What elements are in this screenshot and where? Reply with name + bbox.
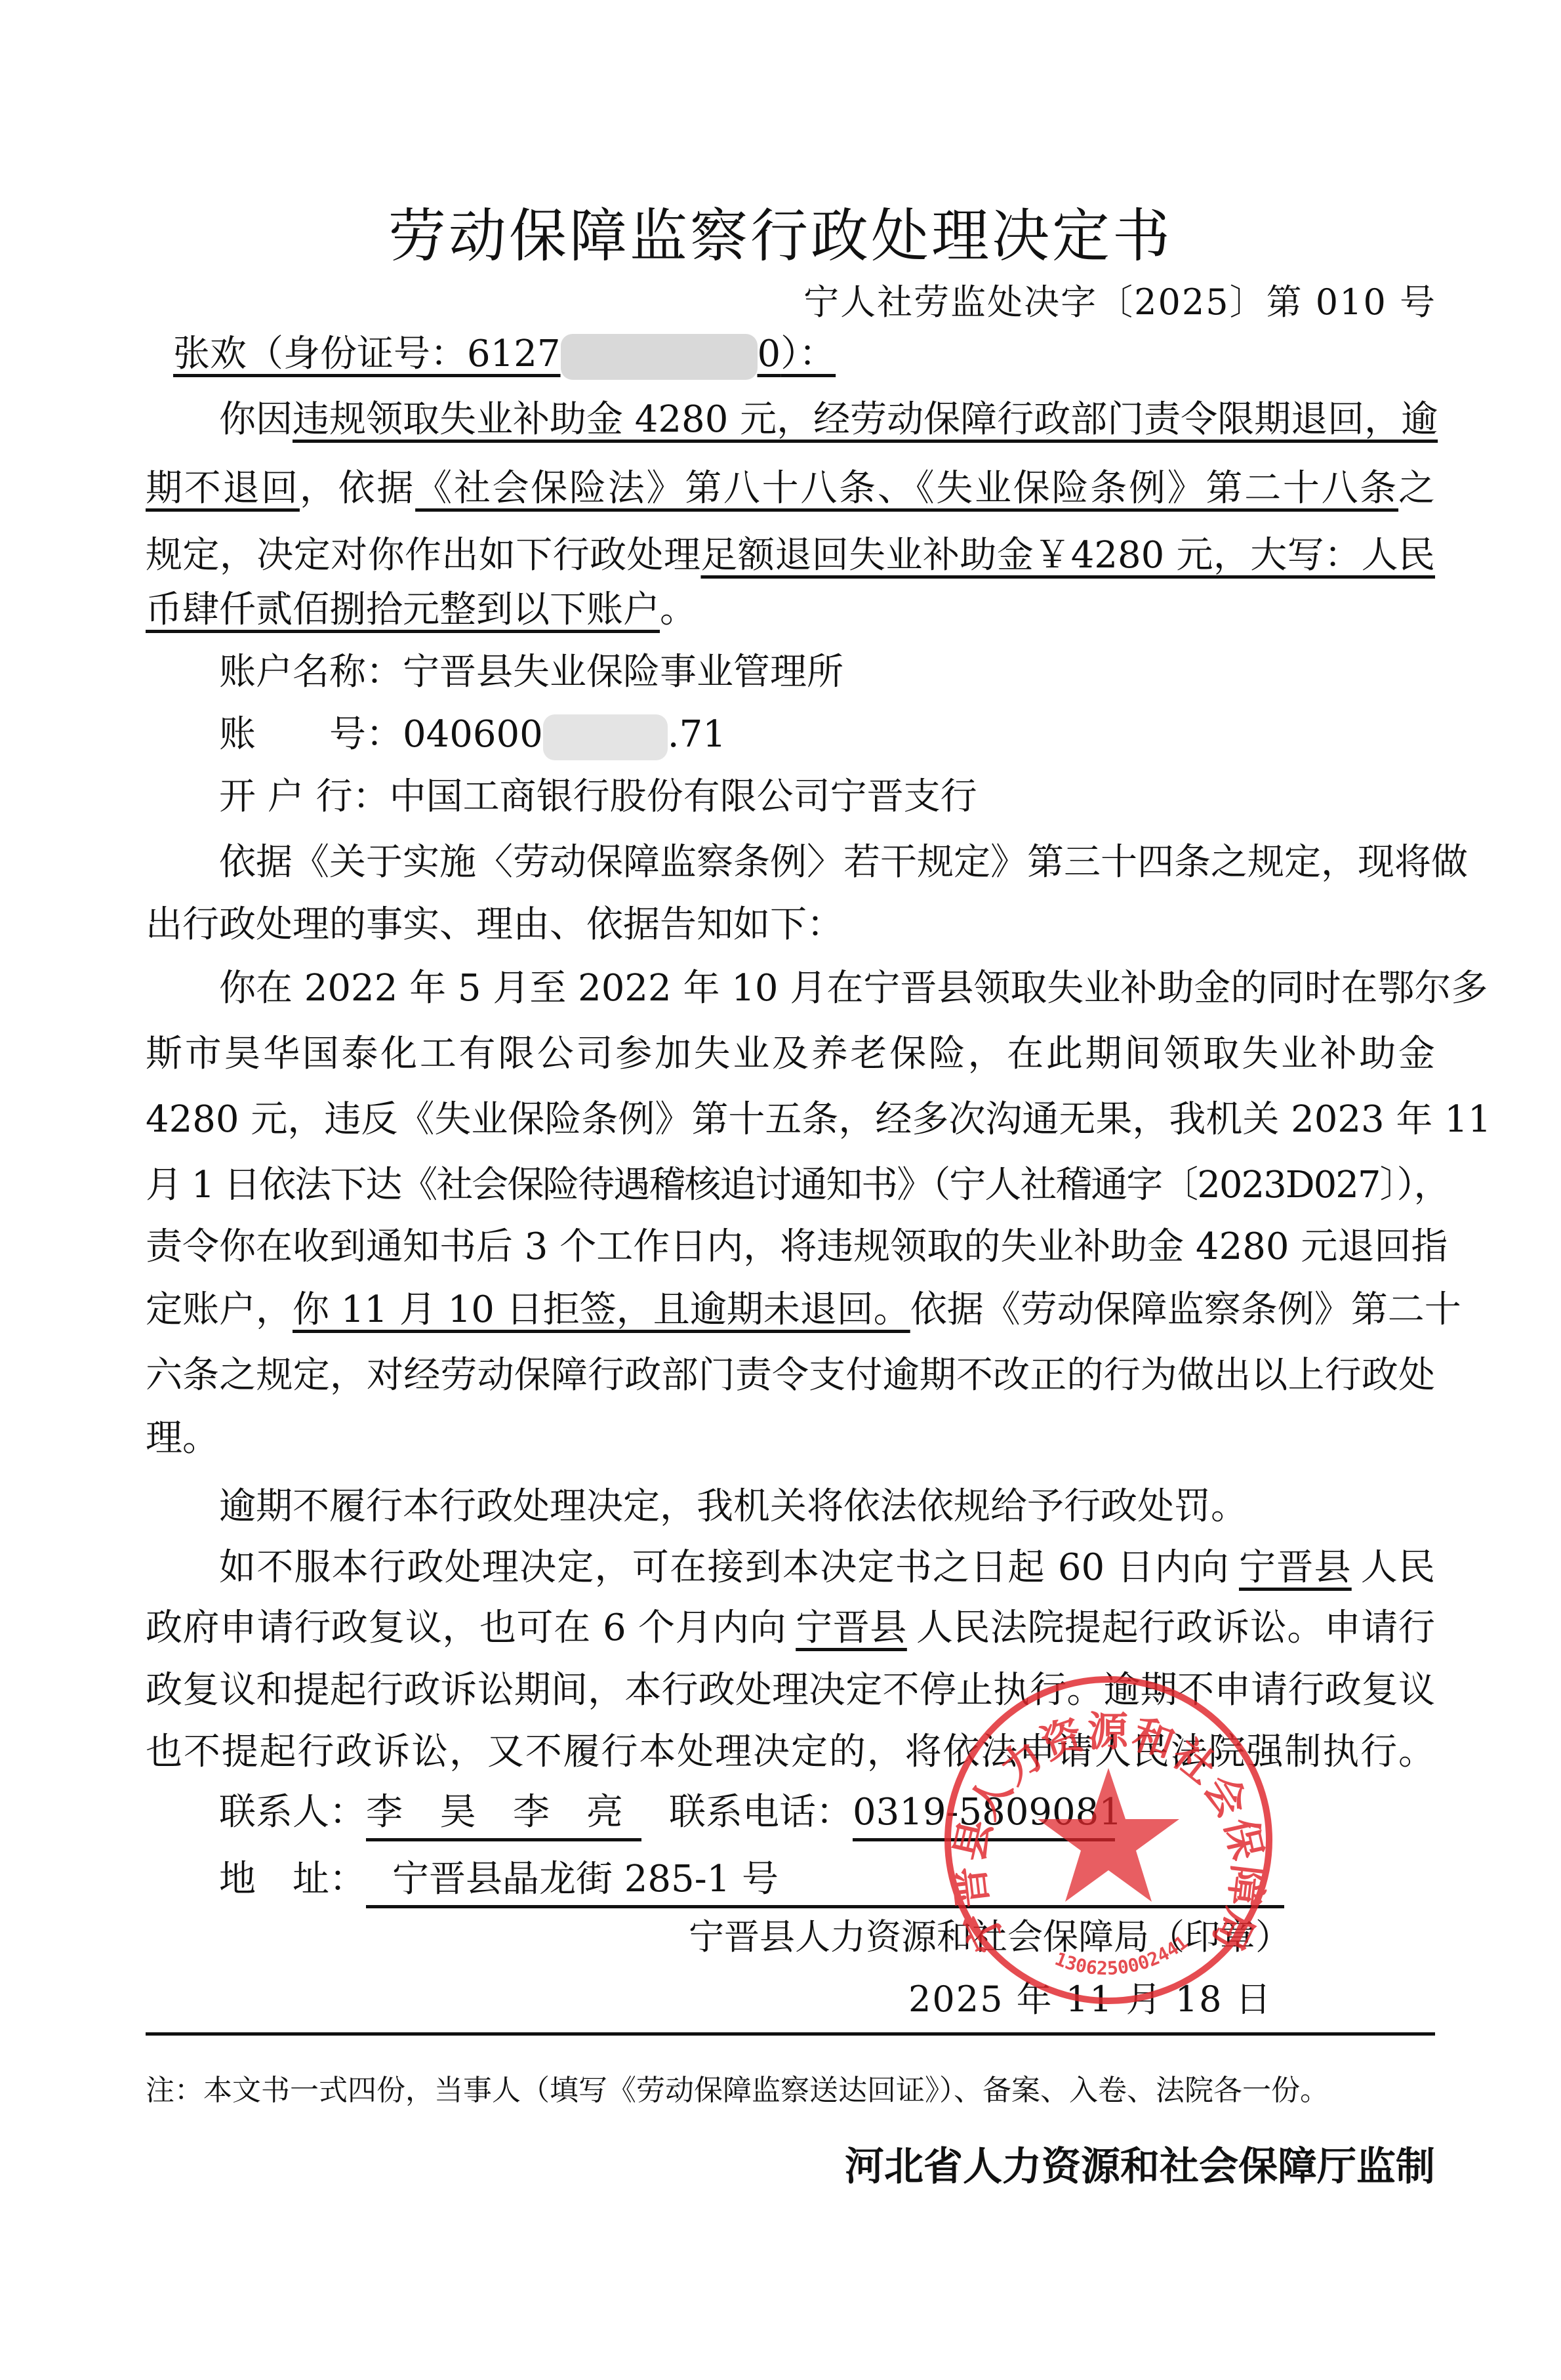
footer-divider [146,2032,1435,2036]
para3-line1: 你在 2022 年 5 月至 2022 年 10 月在宁晋县领取失业补助金的同时… [146,966,1435,1012]
address-value: 宁晋县晶龙街 285-1 号 [366,1858,779,1900]
contact-phone-label: 联系电话： [669,1790,853,1836]
para2-line1: 依据《关于实施〈劳动保障监察条例〉若干规定》第三十四条之规定，现将做 [146,840,1435,886]
account-name-value: 宁晋县失业保险事业管理所 [403,651,843,693]
para3-line6-tail: 依据《劳动保障监察条例》第二十 [910,1288,1461,1331]
address-label: 地 址： [219,1857,366,1902]
bank-row: 开 户 行：中国工商银行股份有限公司宁晋支行 [146,774,1509,820]
contact-person-value: 李 昊 李 亮 [366,1790,641,1841]
para2-line2: 出行政处理的事实、理由、依据告知如下： [146,902,1435,948]
addressee-name: 张欢 [146,333,247,375]
para5-line2-lead: 政府申请行政复议，也可在 6 个月内向 [146,1607,786,1649]
address-row: 地 址：宁晋县晶龙街 285-1 号 [146,1857,1509,1908]
para1-refund-amount: 足额退回失业补助金￥4280 元，大写：人民 [700,534,1435,577]
id-redaction [561,334,758,380]
account-number-prefix: 040600 [403,713,543,756]
id-suffix: 0 [758,333,781,375]
para1-decision-lead: 规定，决定对你作出如下行政处理 [146,534,700,577]
id-label: （身份证号： [247,333,467,375]
para5-line1-tail: 人民 [1361,1546,1435,1589]
para1-line1: 你因违规领取失业补助金 4280 元，经劳动保障行政部门责令限期退回，逾 [146,397,1435,443]
para3-refusal: 你 11 月 10 日拒签，且逾期未退回。 [293,1288,910,1331]
para5-line4: 也不提起行政诉讼，又不履行本处理决定的，将依法申请人民法院强制执行。 [146,1729,1435,1775]
para1-refund-uppercase: 币肆仟贰佰捌拾元整到以下账户 [146,588,660,631]
document-number: 宁人社劳监处决字〔2025〕第 010 号 [803,274,1436,325]
para1-legal-basis: 《社会保险法》第八十八条、《失业保险条例》第二十八条 [415,467,1398,510]
para3-line5: 责令你在收到通知书后 3 个工作日内，将违规领取的失业补助金 4280 元退回指 [146,1224,1435,1270]
para1-line2: 期不退回，依据《社会保险法》第八十八条、《失业保险条例》第二十八条之 [146,466,1435,512]
issue-date: 2025 年 11 月 18 日 [908,1971,1272,2022]
para3-line2: 斯市昊华国泰化工有限公司参加失业及养老保险，在此期间领取失业补助金 [146,1031,1435,1077]
para3-line7: 六条之规定，对经劳动保障行政部门责令支付逾期不改正的行为做出以上行政处 [146,1353,1435,1399]
para3-line6: 定账户，你 11 月 10 日拒签，且逾期未退回。依据《劳动保障监察条例》第二十 [146,1287,1435,1333]
para1-line3: 规定，决定对你作出如下行政处理足额退回失业补助金￥4280 元，大写：人民 [146,533,1435,579]
para1-line4: 币肆仟贰佰捌拾元整到以下账户。 [146,587,1435,633]
para5-line1: 如不服本行政处理决定，可在接到本决定书之日起 60 日内向宁晋县人民 [146,1545,1435,1591]
contact-row: 联系人：李 昊 李 亮联系电话：0319-5809081 [146,1790,1509,1841]
para1-overdue: 期不退回 [146,467,300,510]
para4-line1: 逾期不履行本行政处理决定，我机关将依法依规给予行政处罚。 [146,1484,1509,1530]
para1-violation: 违规领取失业补助金 4280 元，经劳动保障行政部门责令限期退回，逾 [293,398,1438,441]
para1-lead: 你因 [219,398,293,441]
contact-person-label: 联系人： [219,1790,366,1836]
addressee-line: 张欢（身份证号：61270）： [146,331,1435,380]
id-close: ）： [780,333,836,375]
para5-county-2: 宁晋县 [786,1607,916,1649]
document-title: 劳动保障监察行政处理决定书 [0,190,1561,273]
para3-line8: 理。 [146,1416,1435,1462]
contact-phone-value: 0319-5809081 [853,1790,1115,1841]
account-number-row: 账 号：040600.71 [146,712,1509,760]
footer-note: 注：本文书一式四份，当事人（填写《劳动保障监察送达回证》）、备案、入卷、法院各一… [146,2066,1329,2108]
id-prefix: 6127 [467,333,561,375]
account-number-suffix: .71 [668,713,726,756]
para5-line3: 政复议和提起行政诉讼期间，本行政处理决定不停止执行。逾期不申请行政复议 [146,1668,1435,1713]
bank-value: 中国工商银行股份有限公司宁晋支行 [390,775,977,818]
para5-line2-tail: 人民法院提起行政诉讼。申请行 [916,1607,1435,1649]
para3-line3: 4280 元，违反《失业保险条例》第十五条，经多次沟通无果，我机关 2023 年… [146,1097,1435,1143]
document-page: 劳动保障监察行政处理决定书 宁人社劳监处决字〔2025〕第 010 号 张欢（身… [0,0,1561,2380]
account-name-label: 账户名称： [219,651,403,693]
issuing-authority: 宁晋县人力资源和社会保障局（印章） [689,1909,1291,1959]
account-name-row: 账户名称：宁晋县失业保险事业管理所 [146,649,1509,695]
account-number-redaction [543,714,668,760]
para5-line1-lead: 如不服本行政处理决定，可在接到本决定书之日起 60 日内向 [219,1546,1230,1589]
para5-line2: 政府申请行政复议，也可在 6 个月内向宁晋县人民法院提起行政诉讼。申请行 [146,1605,1435,1651]
para1-basis-lead: ，依据 [300,467,415,510]
para1-zhi: 之 [1398,467,1435,510]
para5-county-1: 宁晋县 [1230,1546,1361,1589]
bank-label: 开 户 行： [219,775,390,818]
supervisor-label: 河北省人力资源和社会保障厅监制 [845,2135,1435,2192]
para3-line6-lead: 定账户， [146,1288,293,1331]
account-number-label: 账 号： [219,713,403,756]
para3-line4: 月 1 日依法下达《社会保险待遇稽核追讨通知书》（宁人社稽通字〔2023D027… [146,1162,1435,1208]
addressee: 张欢（身份证号：61270）： [146,333,836,375]
address-value-field: 宁晋县晶龙街 285-1 号 [366,1857,1284,1908]
para1-end: 。 [660,588,697,631]
